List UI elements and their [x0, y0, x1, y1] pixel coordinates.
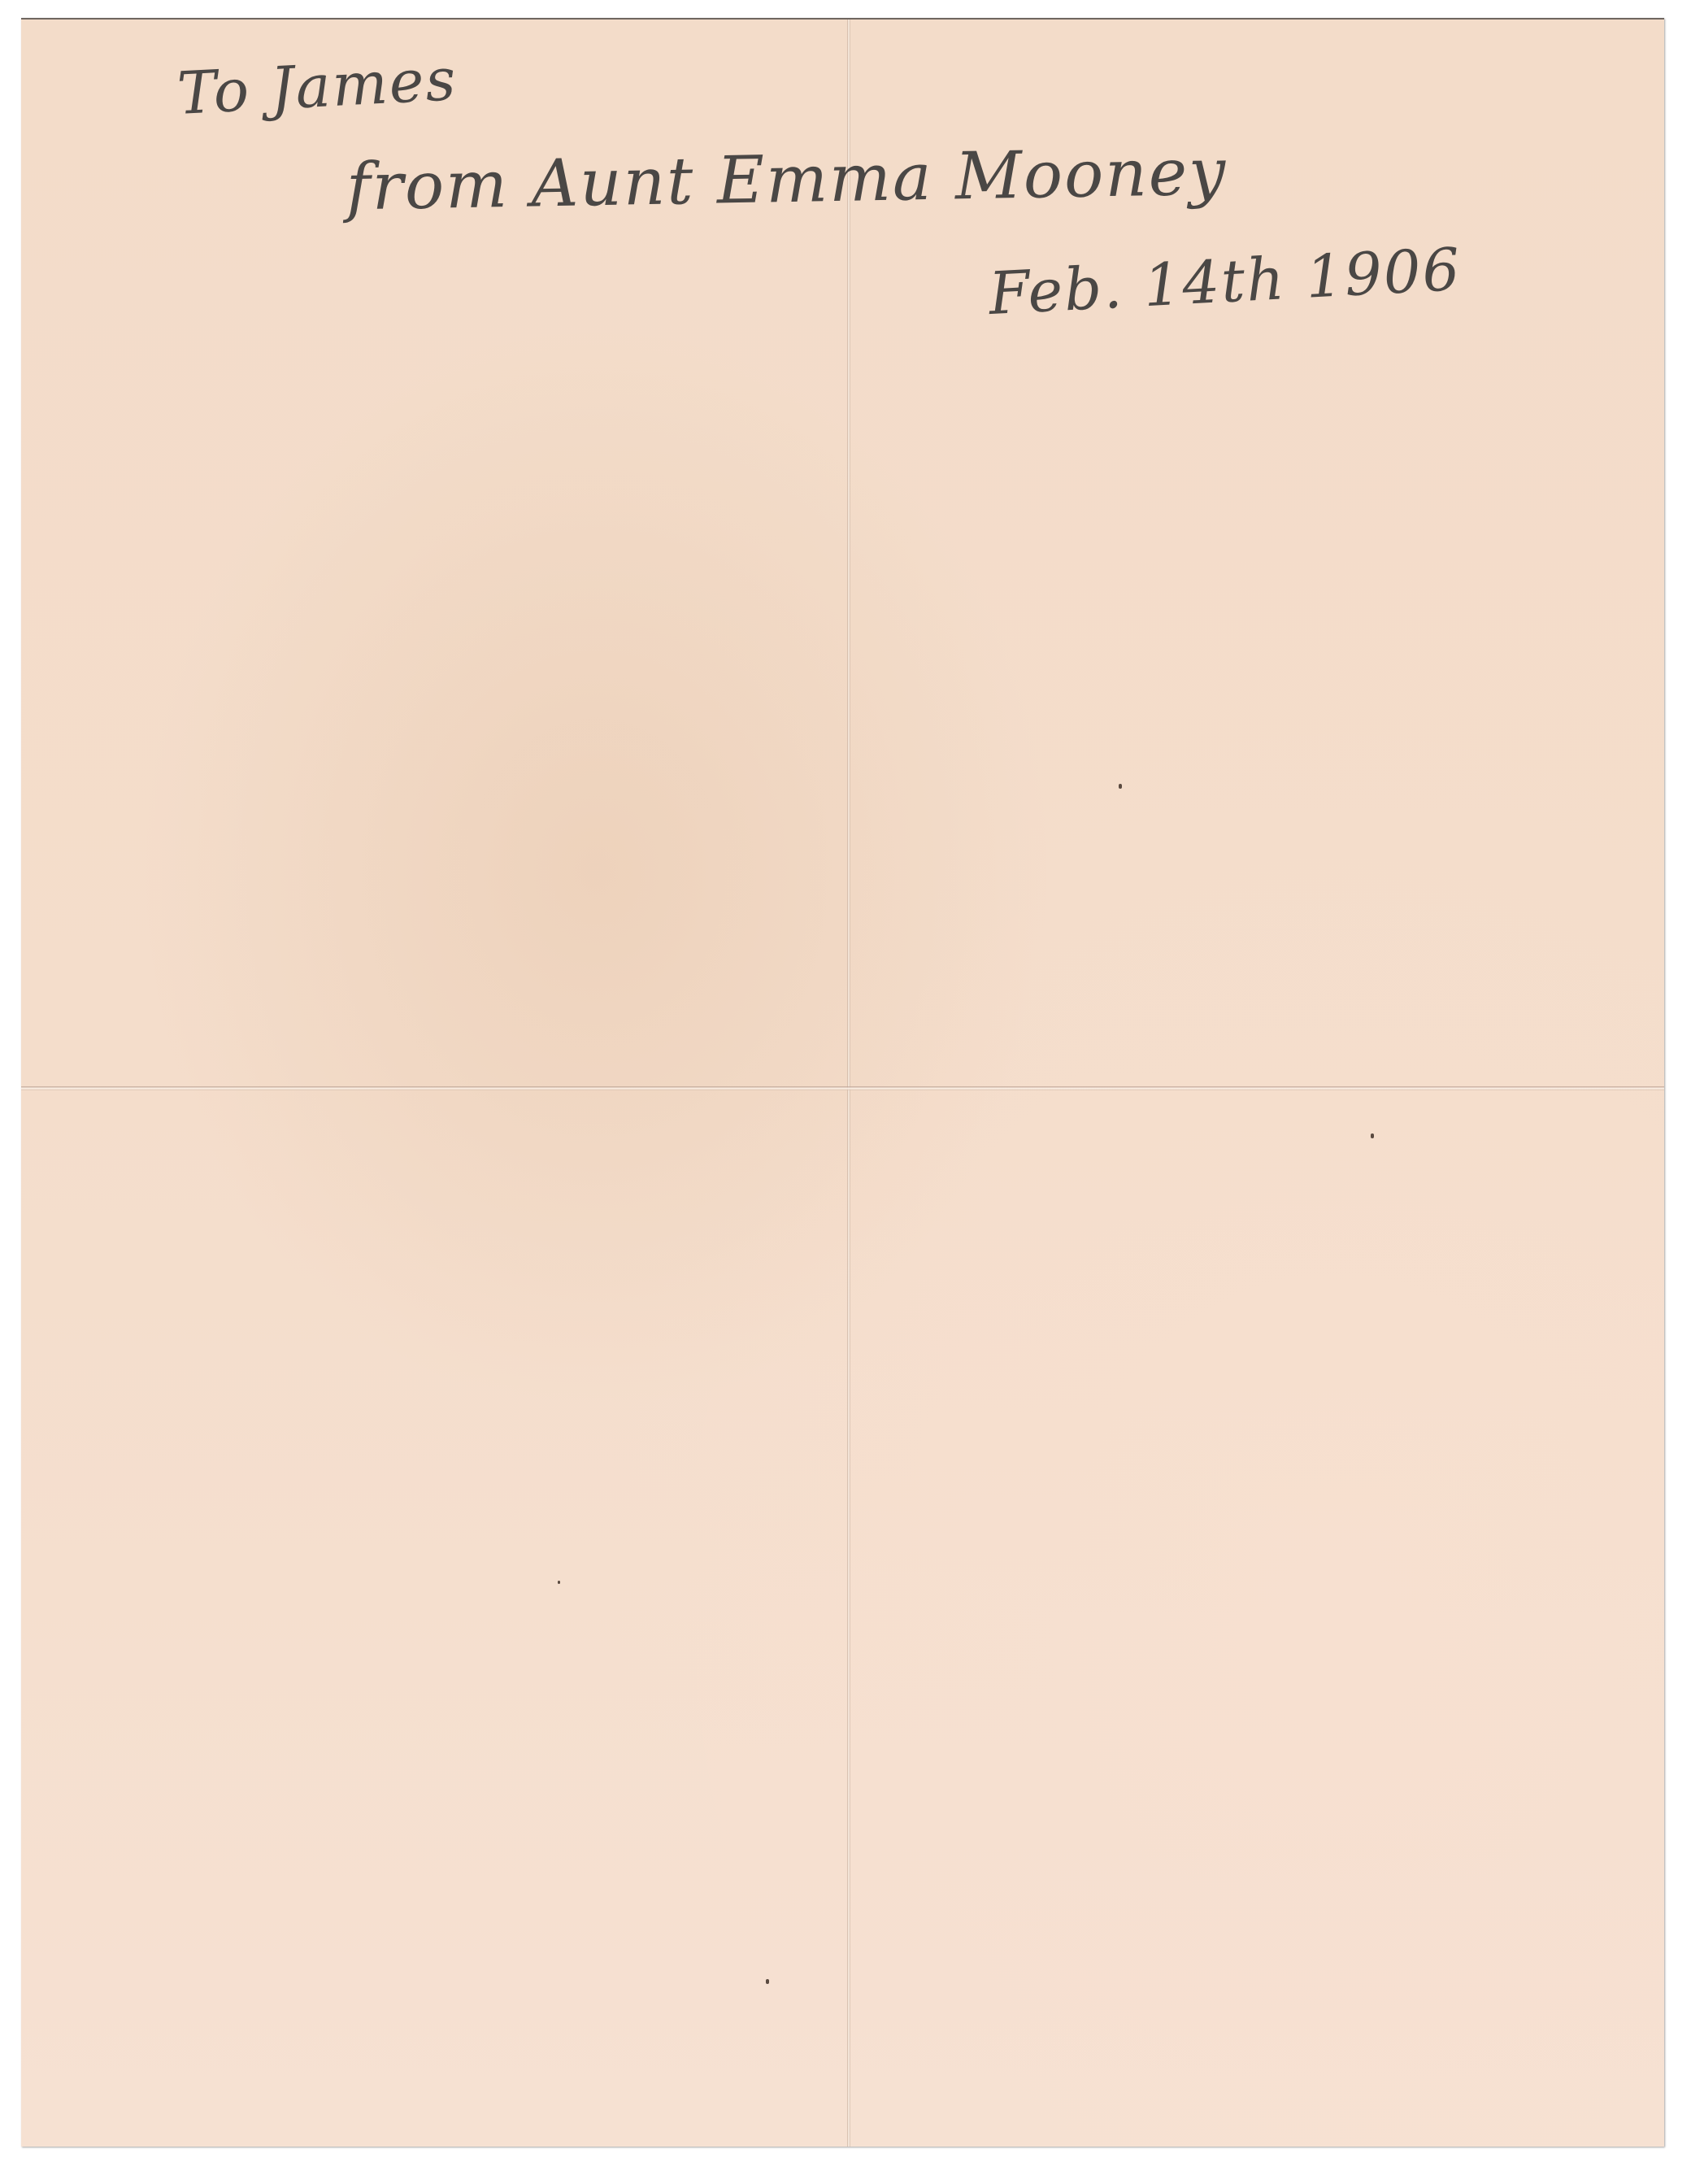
- inscription-sender: from Aunt Emma Mooney: [346, 134, 1228, 225]
- paper-speck: [1119, 784, 1122, 789]
- horizontal-fold-crease: [21, 1086, 1664, 1090]
- vertical-fold-crease: [847, 20, 850, 2147]
- paper-speck: [1371, 1133, 1374, 1138]
- inscription-recipient: To James: [176, 45, 459, 128]
- inscription-date: Feb. 14th 1906: [987, 235, 1463, 328]
- paper-speck: [766, 1979, 769, 1984]
- paper-speck: [558, 1581, 560, 1584]
- paper-sheet: To James from Aunt Emma Mooney Feb. 14th…: [21, 18, 1664, 2147]
